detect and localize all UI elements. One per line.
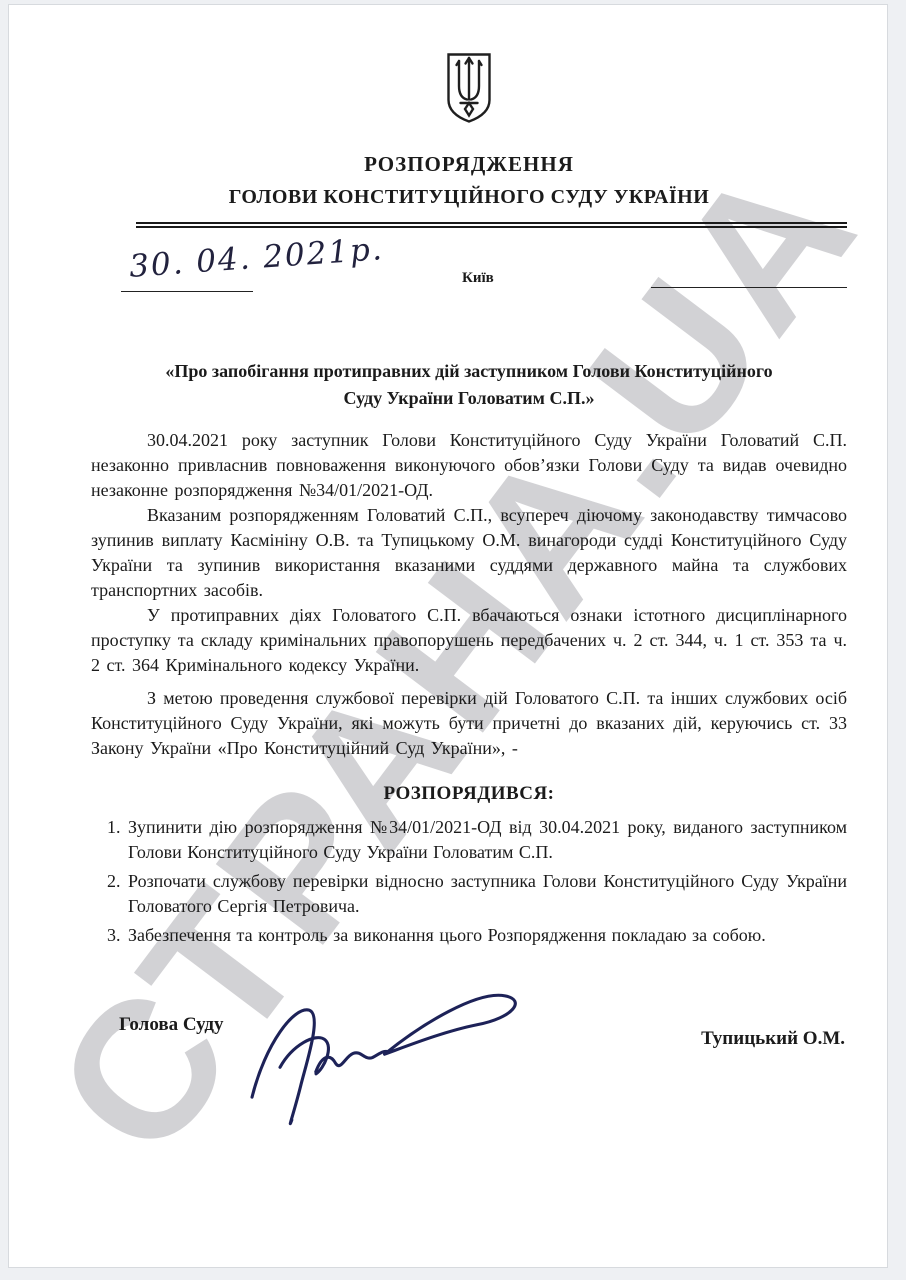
- document-body: 30.04.2021 року заступник Голови Констит…: [91, 428, 847, 761]
- document-page: СТРАНА.UA РОЗПОРЯДЖЕННЯ ГОЛОВИ КОНСТИТУЦ…: [8, 4, 888, 1268]
- date-underline: [121, 291, 253, 292]
- signatory-position-label: Голова Суду: [119, 1014, 224, 1036]
- document-type-title: РОЗПОРЯДЖЕННЯ: [91, 152, 847, 177]
- body-paragraph: У протиправних діях Головатого С.П. вбач…: [91, 603, 847, 678]
- resolution-item: Зупинити дію розпорядження №34/01/2021-О…: [126, 815, 847, 865]
- resolution-heading: РОЗПОРЯДИВСЯ:: [91, 783, 847, 805]
- document-content: РОЗПОРЯДЖЕННЯ ГОЛОВИ КОНСТИТУЦІЙНОГО СУД…: [9, 52, 887, 1146]
- ukraine-trident-emblem-icon: [446, 52, 492, 124]
- subject-line-1: «Про запобігання протиправних дій заступ…: [91, 358, 847, 385]
- city-label: Київ: [462, 270, 494, 287]
- signatory-name: Тупицький О.М.: [701, 1028, 845, 1050]
- scanned-document: СТРАНА.UA РОЗПОРЯДЖЕННЯ ГОЛОВИ КОНСТИТУЦ…: [0, 0, 906, 1280]
- subject-line-2: Суду України Головатим С.П.»: [91, 385, 847, 412]
- date-line: 30. 04. 2021р. Київ: [91, 228, 847, 328]
- resolution-item: Розпочати службову перевірки відносно за…: [126, 869, 847, 919]
- body-paragraph: 30.04.2021 року заступник Голови Констит…: [91, 428, 847, 503]
- resolution-item: Забезпечення та контроль за виконання ць…: [126, 923, 847, 948]
- handwritten-date: 30. 04. 2021р.: [128, 231, 385, 285]
- handwritten-signature-icon: [219, 966, 539, 1126]
- issuing-authority-title: ГОЛОВИ КОНСТИТУЦІЙНОГО СУДУ УКРАЇНИ: [91, 186, 847, 209]
- body-paragraph: Вказаним розпорядженням Головатий С.П., …: [91, 503, 847, 603]
- subject-heading: «Про запобігання протиправних дій заступ…: [91, 358, 847, 412]
- body-paragraph: З метою проведення службової перевірки д…: [91, 686, 847, 761]
- document-number-blank-line: [651, 287, 847, 288]
- resolution-list: Зупинити дію розпорядження №34/01/2021-О…: [91, 815, 847, 948]
- signature-block: Голова Суду Тупицький О.М.: [91, 976, 847, 1146]
